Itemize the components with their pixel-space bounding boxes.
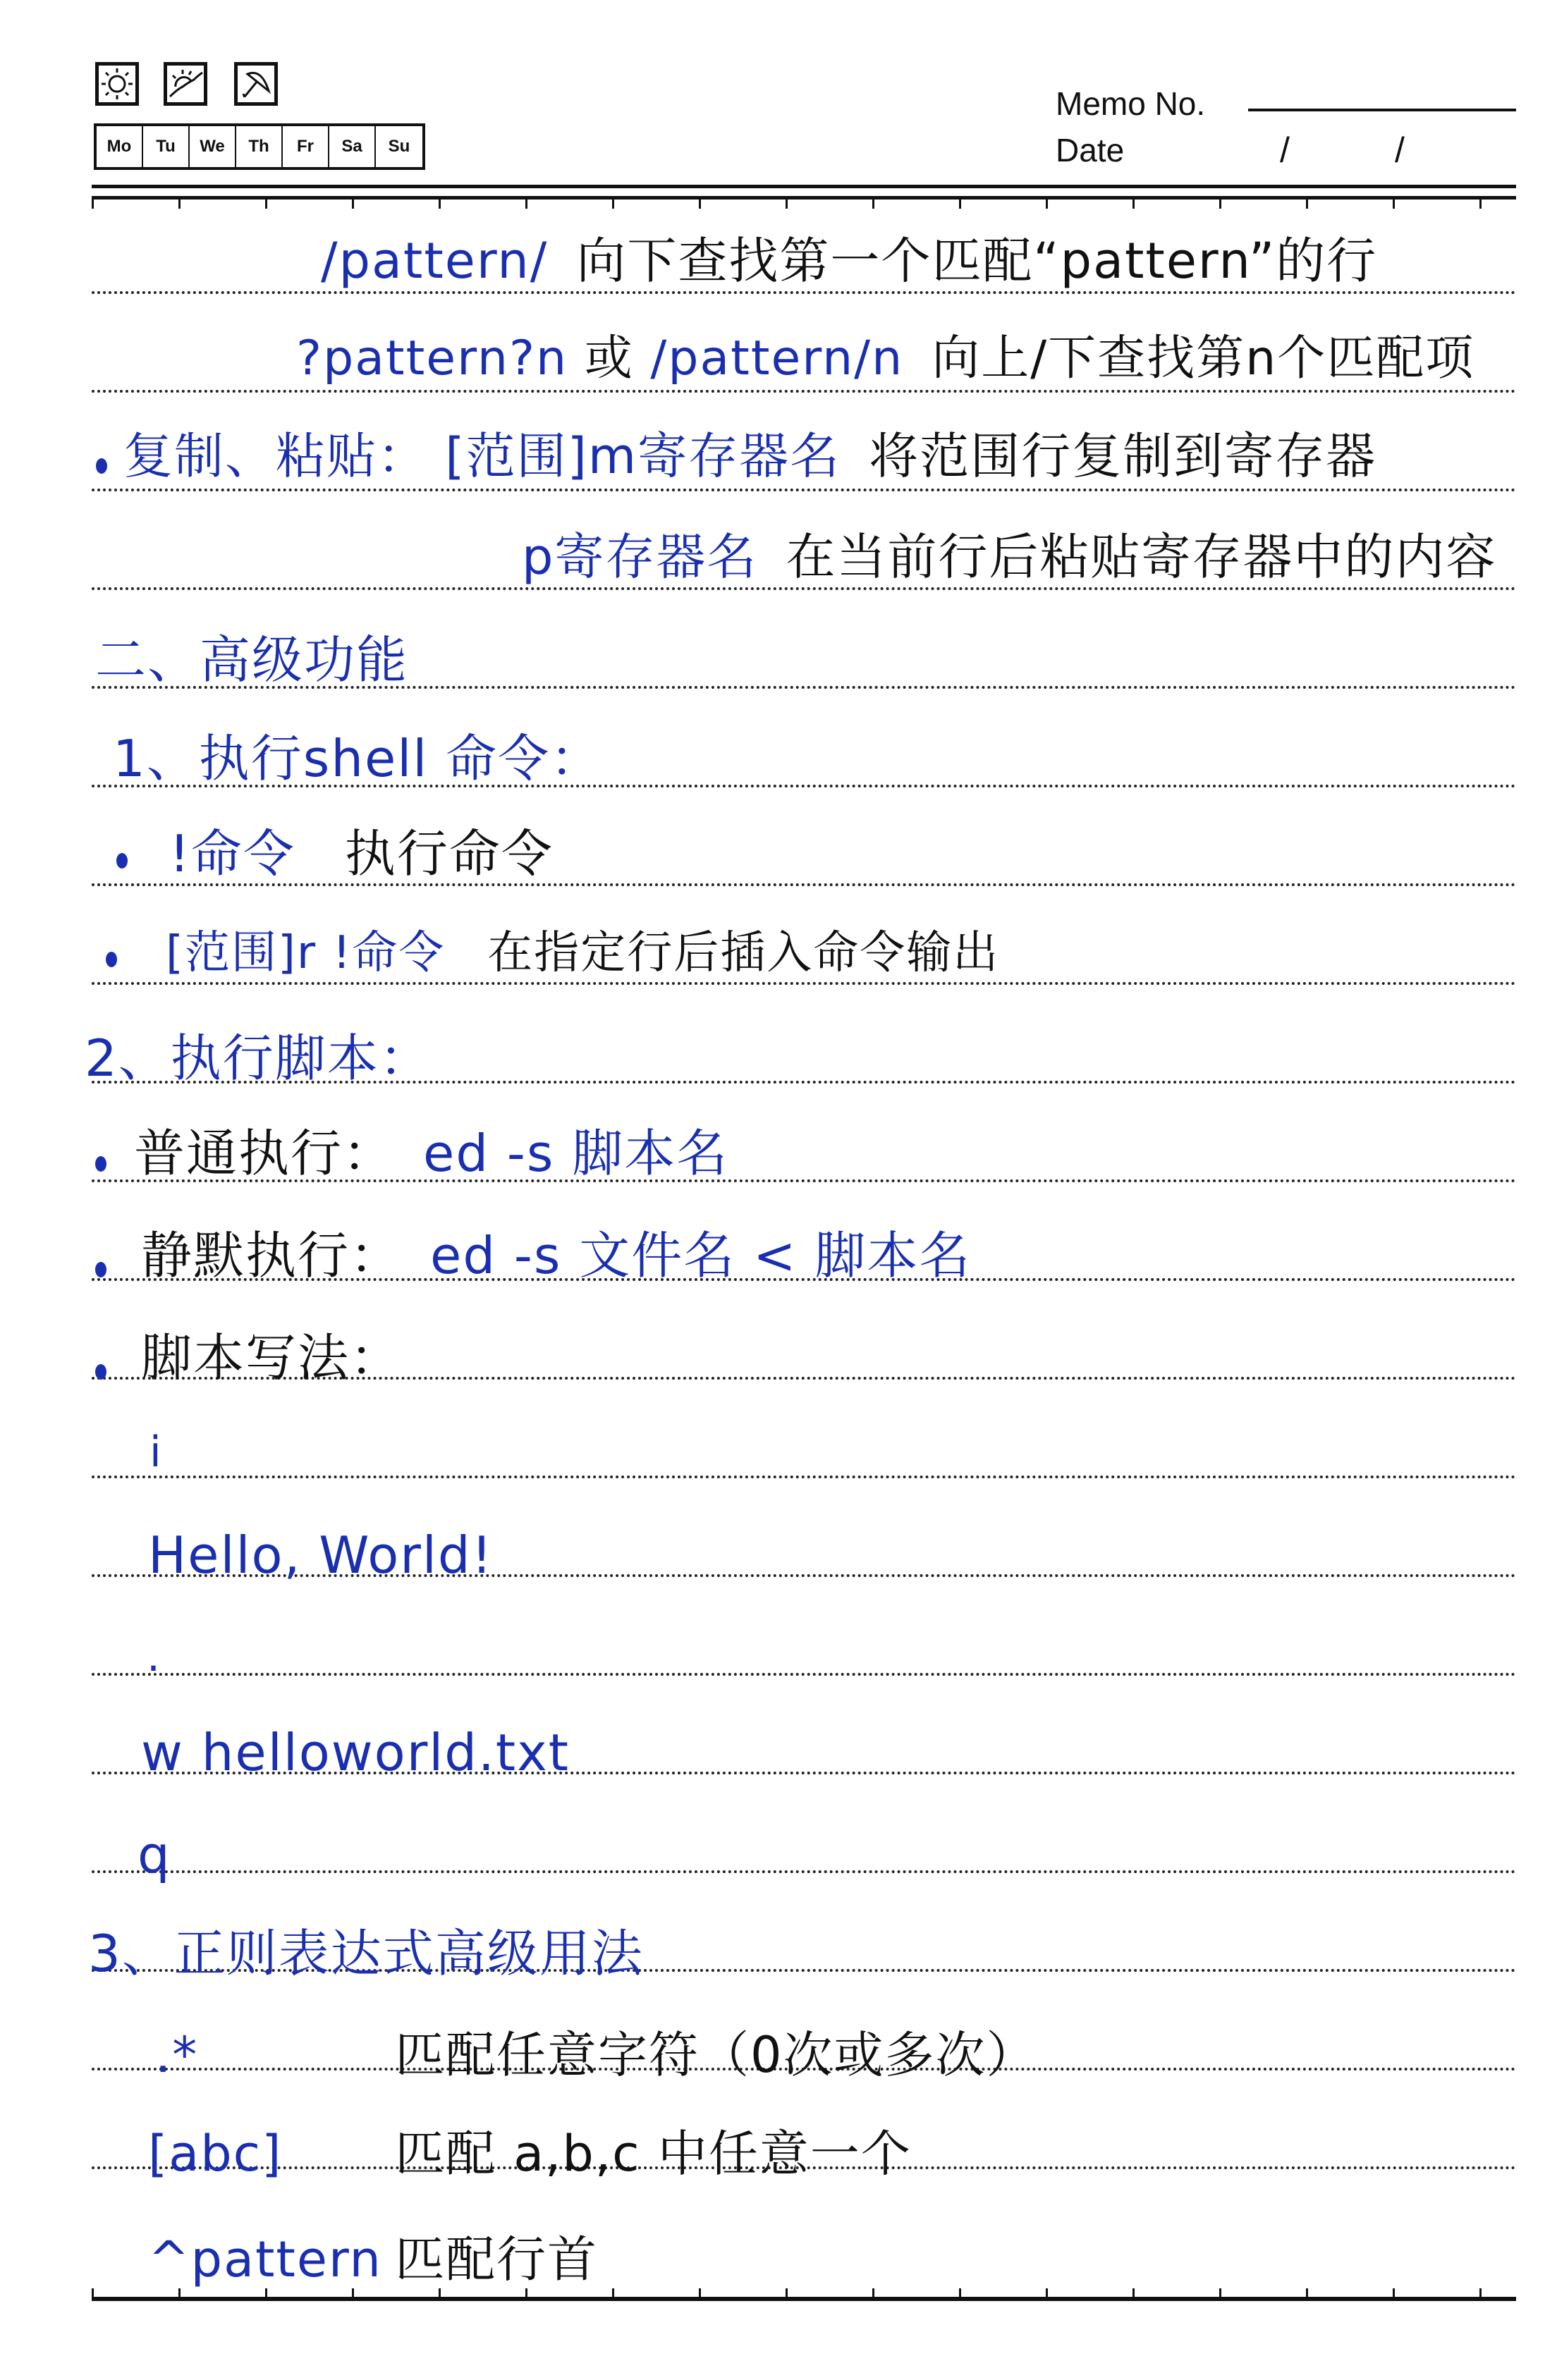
note-search-nth: ?pattern?n 或 /pattern/n向上/下查找第n个匹配项 <box>296 335 1474 383</box>
weekday-th[interactable]: Th <box>236 126 283 167</box>
code-search-backward: ?pattern?n <box>296 335 568 383</box>
date-label: Date <box>1056 131 1124 169</box>
script-line: w helloworld.txt <box>141 1727 570 1778</box>
label-script-silent: 静默执行： <box>141 1230 402 1281</box>
label-script-syntax: 脚本写法： <box>141 1332 402 1383</box>
bullet-icon <box>116 853 128 869</box>
bullet-icon <box>106 952 117 967</box>
section-title-advanced: 二、高级功能 <box>95 634 408 685</box>
regex-pattern: [abc] <box>148 2129 395 2178</box>
script-line: i <box>149 1431 163 1473</box>
desc-shell-read: 在指定行后插入命令输出 <box>487 931 999 976</box>
note-search-forward: /pattern/向下查找第一个匹配“pattern”的行 <box>321 236 1377 286</box>
umbrella-icon <box>234 62 278 106</box>
weekday-selector: Mo Tu We Th Fr Sa Su <box>94 123 425 170</box>
date-separator: / <box>1395 130 1405 171</box>
desc-shell-exec: 执行命令 <box>345 828 554 879</box>
weekday-tu[interactable]: Tu <box>143 126 190 167</box>
note-copy: 复制、粘贴： [范围]m寄存器名将范围行复制到寄存器 <box>123 431 1376 481</box>
note-shell-exec: !命令执行命令 <box>169 828 554 879</box>
weekday-fr[interactable]: Fr <box>283 126 329 167</box>
desc-search-nth: 向上/下查找第n个匹配项 <box>932 335 1474 383</box>
subsection-title-regex: 3、正则表达式高级用法 <box>88 1928 644 1979</box>
regex-pattern: ^pattern <box>148 2235 395 2284</box>
script-line: Hello, World! <box>148 1530 493 1581</box>
regex-row: [abc]匹配 a,b,c 中任意一个 <box>148 2129 912 2178</box>
weekday-we[interactable]: We <box>190 126 236 167</box>
code-search-nth: /pattern/n <box>650 335 903 383</box>
script-line: . <box>147 1636 161 1678</box>
weekday-su[interactable]: Su <box>376 126 422 167</box>
code-search-forward: /pattern/ <box>321 236 548 286</box>
regex-desc: 匹配行首 <box>395 2235 598 2284</box>
regex-desc: 匹配任意字符（0次或多次） <box>395 2030 1037 2080</box>
date-separator: / <box>1280 130 1290 171</box>
bullet-icon <box>95 1156 106 1172</box>
regex-desc: 匹配 a,b,c 中任意一个 <box>395 2129 912 2178</box>
sun-icon <box>95 62 139 106</box>
regex-pattern: .* <box>155 2030 395 2080</box>
header-divider <box>92 185 1516 188</box>
subsection-title-script: 2、执行脚本： <box>85 1033 432 1084</box>
weekday-mo[interactable]: Mo <box>97 126 143 167</box>
note-paste: p寄存器名在当前行后粘贴寄存器中的内容 <box>522 532 1496 582</box>
weekday-sa[interactable]: Sa <box>329 126 376 167</box>
memo-number-field[interactable] <box>1248 109 1516 111</box>
memo-number-label: Memo No. <box>1056 85 1205 123</box>
bullet-icon <box>96 458 107 474</box>
code-copy: [范围]m寄存器名 <box>445 431 841 481</box>
code-shell-read: [范围]r !命令 <box>166 931 445 976</box>
joiner-or: 或 <box>585 335 634 383</box>
label-script-normal: 普通执行： <box>134 1128 395 1179</box>
bullet-icon <box>95 1364 106 1380</box>
script-line: q <box>138 1829 171 1880</box>
header-ticks <box>92 199 1516 209</box>
note-script-silent: 静默执行：ed -s 文件名 < 脚本名 <box>141 1230 971 1281</box>
regex-row: .*匹配任意字符（0次或多次） <box>155 2030 1037 2080</box>
desc-paste: 在当前行后粘贴寄存器中的内容 <box>786 532 1496 582</box>
bullet-icon <box>95 1262 106 1277</box>
note-shell-read: [范围]r !命令在指定行后插入命令输出 <box>166 931 999 976</box>
code-paste: p寄存器名 <box>522 532 757 582</box>
code-script-normal: ed -s 脚本名 <box>423 1128 728 1179</box>
code-script-silent: ed -s 文件名 < 脚本名 <box>430 1230 971 1281</box>
code-shell-exec: !命令 <box>169 828 295 879</box>
partly-cloudy-icon <box>164 62 207 106</box>
note-script-normal: 普通执行：ed -s 脚本名 <box>134 1128 728 1179</box>
desc-copy: 将范围行复制到寄存器 <box>869 431 1376 481</box>
subsection-title-shell: 1、执行shell 命令： <box>113 733 602 784</box>
regex-row: ^pattern匹配行首 <box>148 2235 598 2284</box>
label-copy-paste: 复制、粘贴： <box>123 431 428 481</box>
desc-search-forward: 向下查找第一个匹配“pattern”的行 <box>576 236 1377 286</box>
